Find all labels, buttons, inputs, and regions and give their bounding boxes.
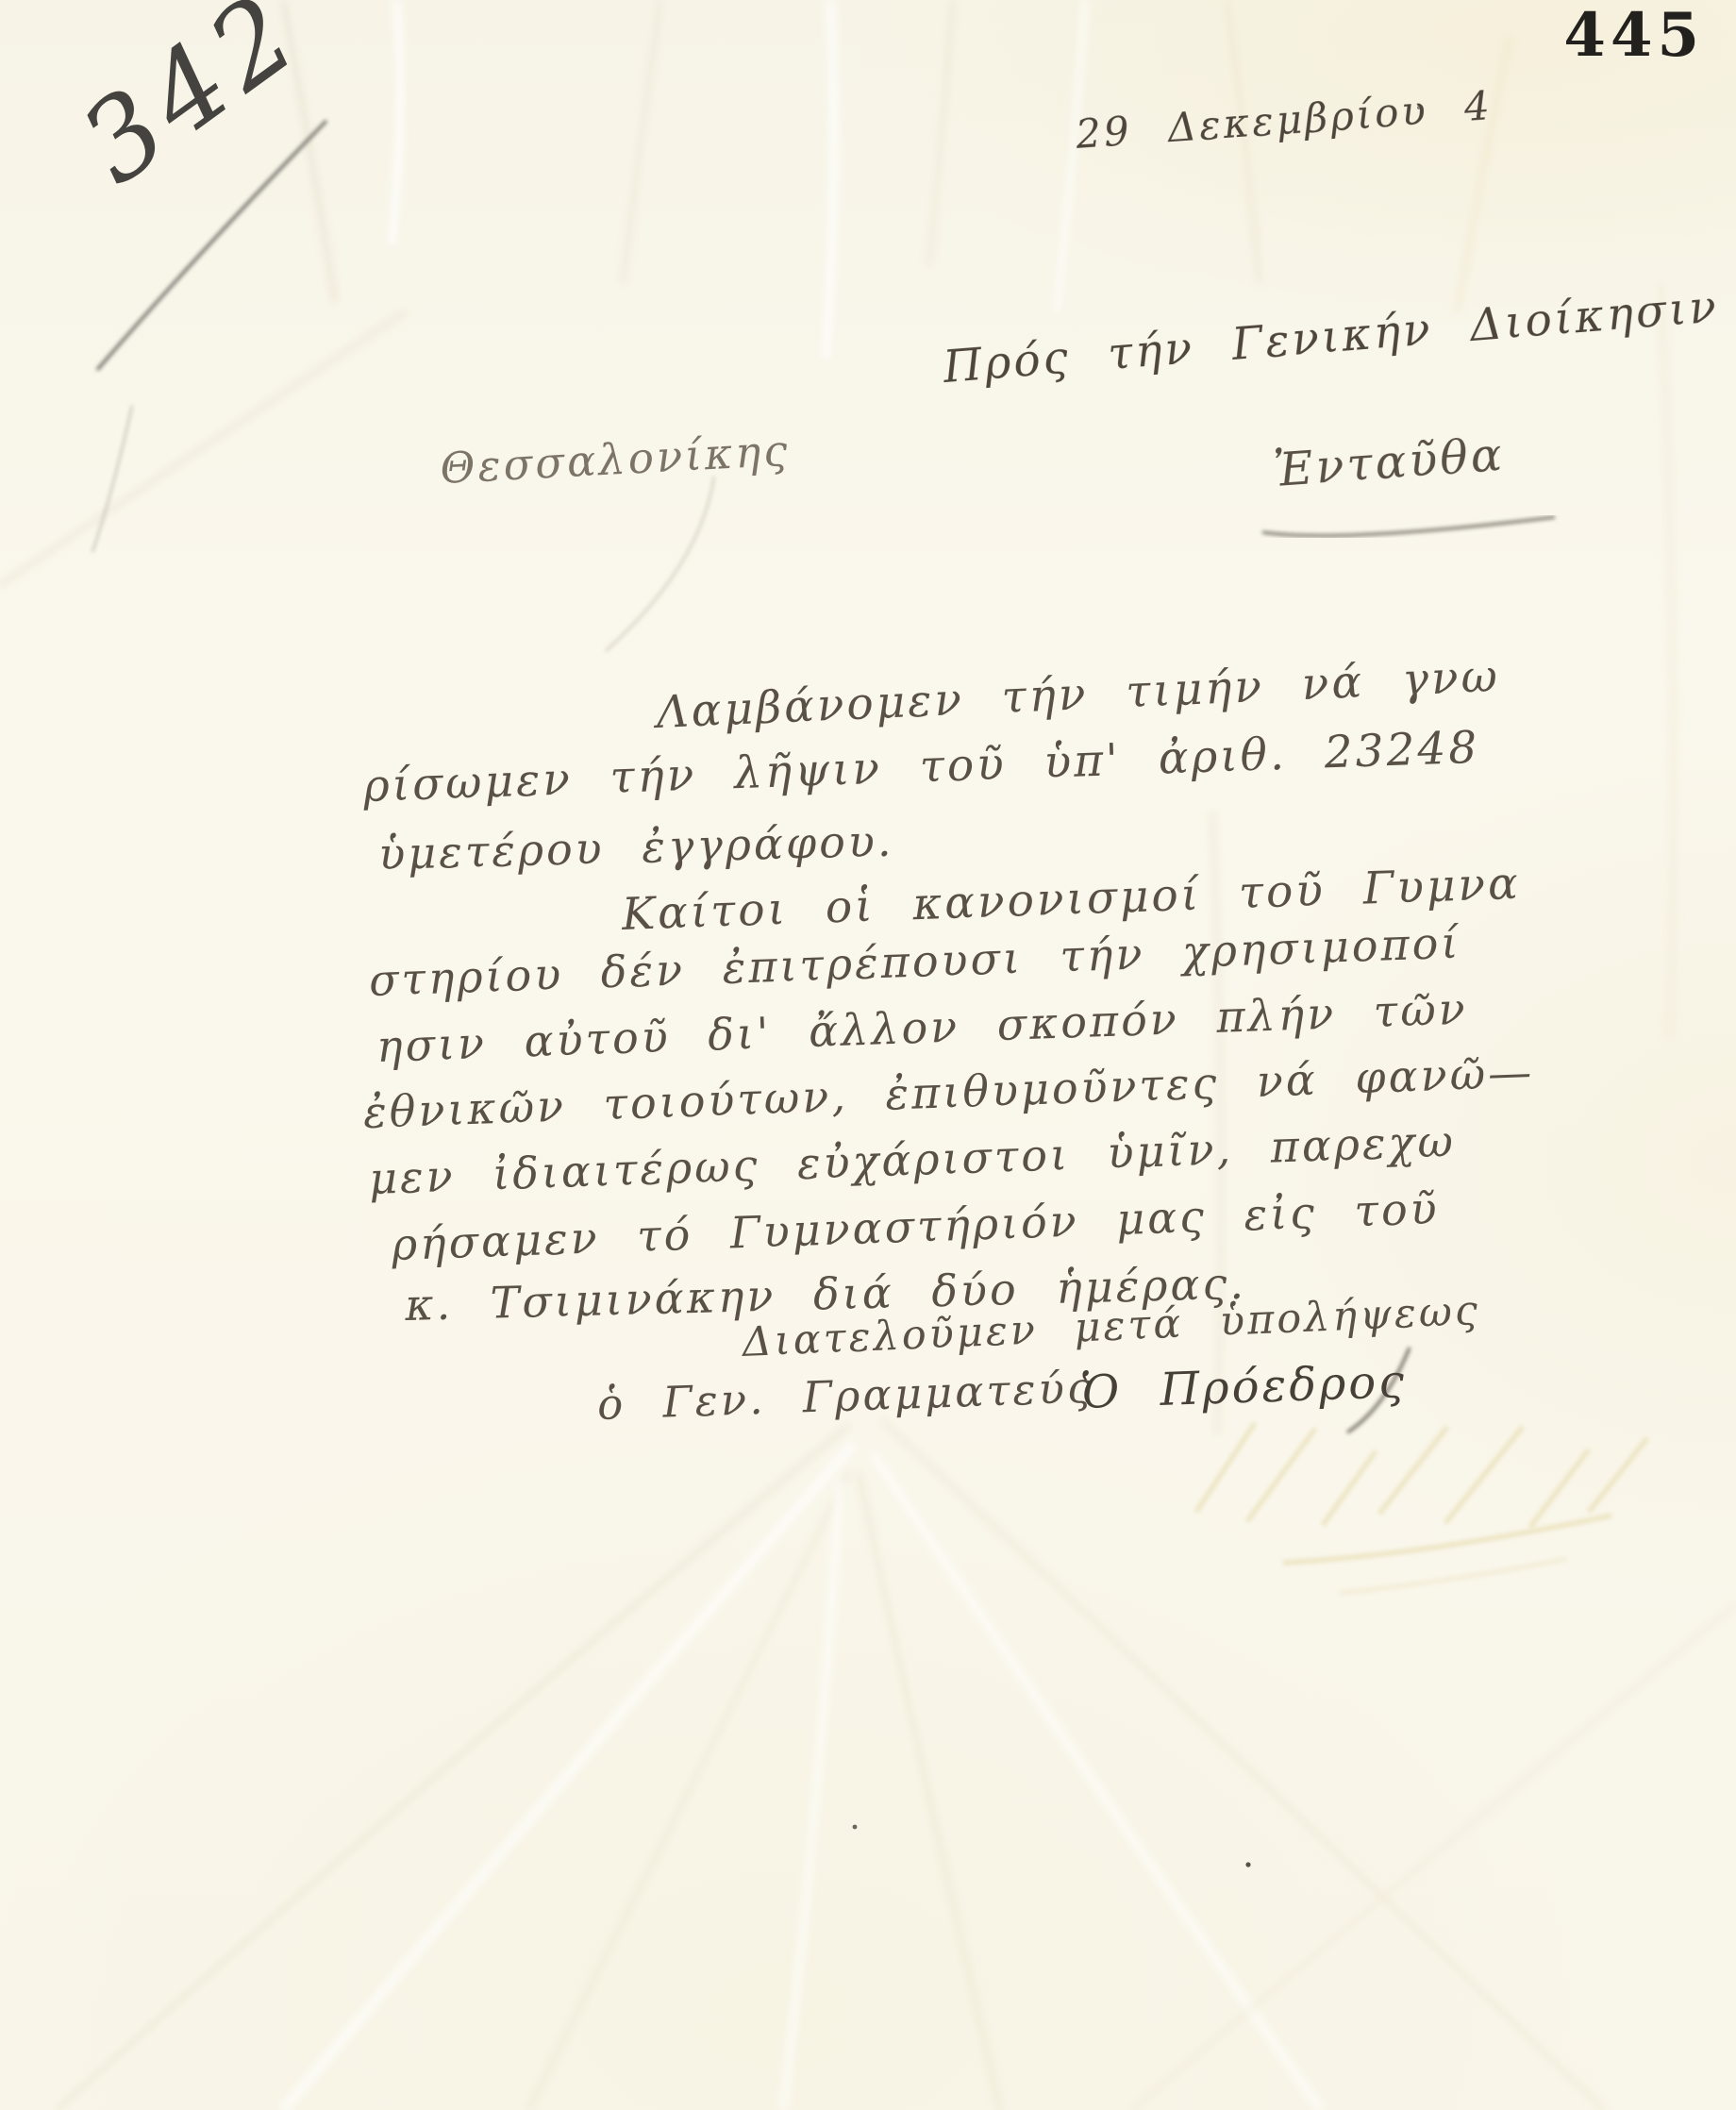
recipient-line-1: Πρός τήν Γενικήν Διοίκησιν <box>942 280 1721 394</box>
recipient-line-3: Ἐνταῦθα <box>1272 427 1507 497</box>
body-line: ρίσωμεν τήν λῆψιν τοῦ ὑπ' ἀριθ. 23248 <box>362 722 1480 812</box>
body-line: ὑμετέρου ἐγγράφου. <box>378 815 894 879</box>
scanned-letter-page: 445 342 29 Δεκεμβρίου 4 Πρός τήν Γενικήν… <box>0 0 1736 2110</box>
signature-right: Ὁ Πρόεδρος <box>1079 1355 1408 1419</box>
registry-number: 342 <box>58 0 325 209</box>
recipient-line-2: Θεσσαλονίκης <box>439 426 791 494</box>
date-line: 29 Δεκεμβρίου 4 <box>1075 82 1494 158</box>
faded-signature <box>1196 1423 1647 1593</box>
entautha-underline <box>1262 517 1555 536</box>
pencil-flourish-stroke <box>606 477 714 651</box>
archive-page-number: 445 <box>1563 0 1704 71</box>
signature-left: ὁ Γεν. Γραμματεύς <box>596 1363 1094 1430</box>
